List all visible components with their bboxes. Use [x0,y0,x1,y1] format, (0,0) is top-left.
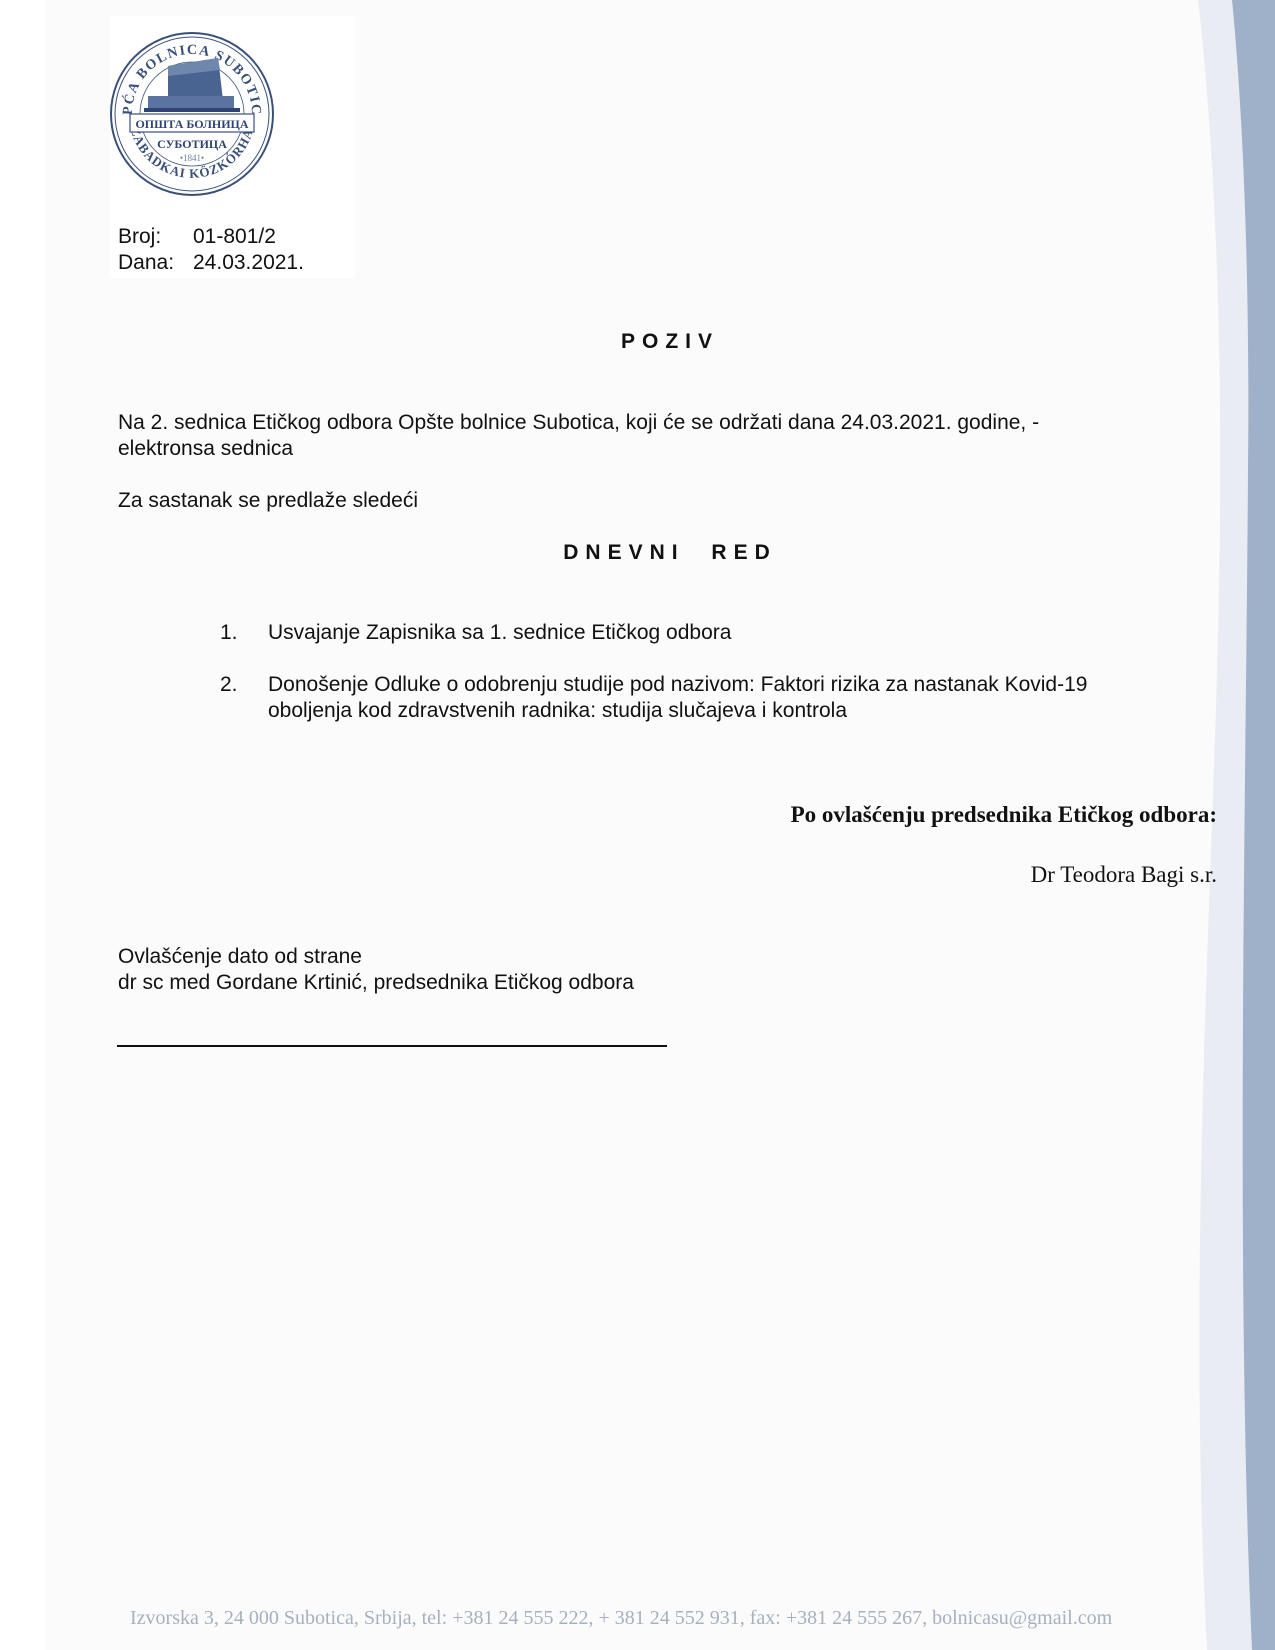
date-value: 24.03.2021. [193,250,304,276]
agenda-item-number: 1. [220,620,268,646]
agenda-item-text: Donošenje Odluke o odobrenju studije pod… [268,672,1087,724]
invitation-line-2: elektronsa sednica [118,436,1138,462]
agenda-item-line: oboljenja kod zdravstvenih radnika: stud… [268,698,1087,724]
date-row: Dana: 24.03.2021. [118,250,304,276]
agenda-item: 1. Usvajanje Zapisnika sa 1. sednice Eti… [220,620,1180,646]
footer-contact: Izvorska 3, 24 000 Subotica, Srbija, tel… [130,1607,1112,1630]
invitation-text: Na 2. sednica Etičkog odbora Opšte bolni… [118,410,1138,462]
seal-city-text: СУБОТИЦА [157,137,227,151]
agenda-title: DNEVNI RED [0,541,1275,565]
signature-name: Dr Teodora Bagi s.r. [1031,862,1217,888]
document-meta: Broj: 01-801/2 Dana: 24.03.2021. [118,224,304,276]
agenda-item-line: Usvajanje Zapisnika sa 1. sednice Etičko… [268,620,731,646]
document-title: POZIV [0,330,1275,354]
agenda-item-text: Usvajanje Zapisnika sa 1. sednice Etičko… [268,620,731,646]
seal-year-text: •1841• [180,153,204,163]
authorization-note: Ovlašćenje dato od strane dr sc med Gord… [118,944,634,996]
signature-title: Po ovlašćenju predsednika Etičkog odbora… [791,802,1217,828]
page-left-margin [0,0,45,1650]
agenda-item-line: Donošenje Odluke o odobrenju studije pod… [268,672,1087,698]
seal-band-text: ОПШТА БОЛНИЦА [135,117,248,131]
date-label: Dana: [118,250,193,276]
hospital-seal-logo: OPĆA BOLNICA SUBOTICA SZABADKAI KÖZKÓRHÁ… [108,30,276,198]
agenda-item-number: 2. [220,672,268,724]
agenda-lead-text: Za sastanak se predlaže sledeći [118,488,418,514]
signature-line [117,1045,667,1047]
agenda-list: 1. Usvajanje Zapisnika sa 1. sednice Eti… [220,620,1180,750]
authorization-line-2: dr sc med Gordane Krtinić, predsednika E… [118,970,634,996]
reference-number-label: Broj: [118,224,193,250]
agenda-item: 2. Donošenje Odluke o odobrenju studije … [220,672,1180,724]
wave-dark-band [1232,0,1275,1650]
authorization-line-1: Ovlašćenje dato od strane [118,944,634,970]
invitation-line-1: Na 2. sednica Etičkog odbora Opšte bolni… [118,410,1138,436]
reference-number-value: 01-801/2 [193,224,276,250]
reference-number-row: Broj: 01-801/2 [118,224,304,250]
